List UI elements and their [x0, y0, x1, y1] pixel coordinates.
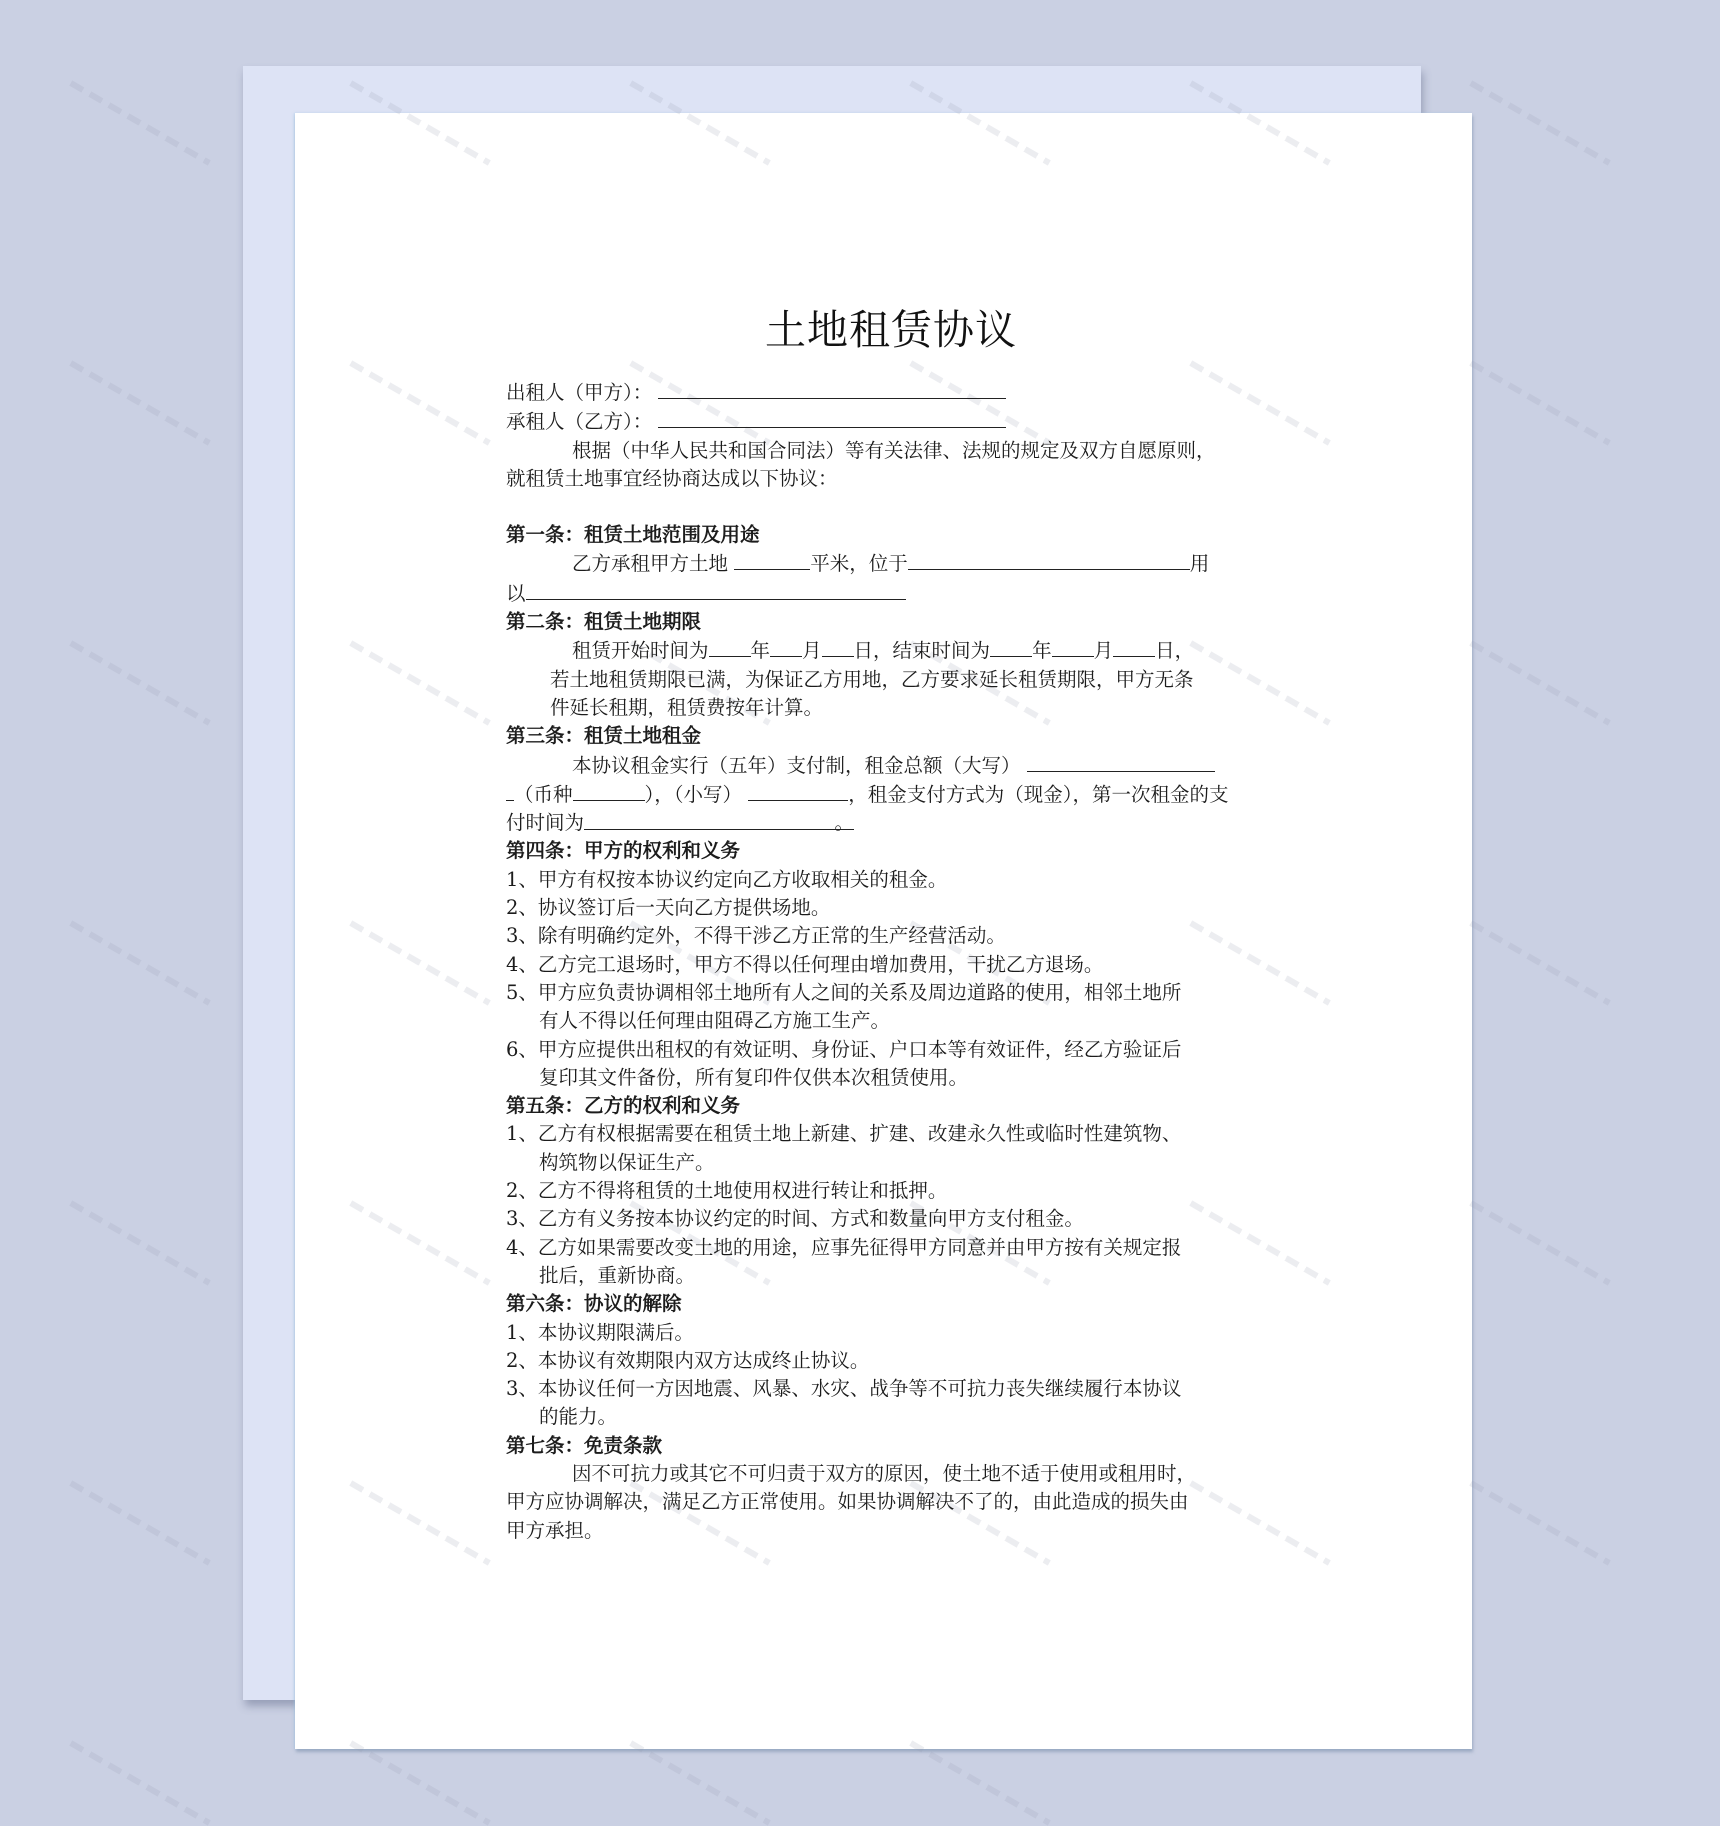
text: 月	[1094, 639, 1114, 662]
watermark	[69, 1480, 211, 1565]
article-7-line-3: 甲方承担。	[506, 1517, 1276, 1545]
text: 年	[751, 639, 771, 662]
article-6-item-3: 3、本协议任何一方因地震、风暴、水灾、战争等不可抗力丧失继续履行本协议	[506, 1375, 1276, 1403]
article-3-line-2: （币种），（小写） ，租金支付方式为（现金），第一次租金的支	[506, 780, 1276, 809]
article-5-item-4-cont: 批后，重新协商。	[506, 1262, 1276, 1290]
text: 年	[1032, 639, 1052, 662]
watermark	[69, 360, 211, 445]
article-5-item-1-cont: 构筑物以保证生产。	[506, 1149, 1276, 1177]
article-5-item-3: 3、乙方有义务按本协议约定的时间、方式和数量向甲方支付租金。	[506, 1205, 1276, 1233]
article-2-line-1: 租赁开始时间为年月日，结束时间为年月日，	[506, 636, 1276, 665]
start-month-blank[interactable]	[770, 636, 802, 657]
article-4-item-2: 2、协议签订后一天向乙方提供场地。	[506, 894, 1276, 922]
article-4-item-3: 3、除有明确约定外，不得干涉乙方正常的生产经营活动。	[506, 922, 1276, 950]
start-year-blank[interactable]	[709, 636, 751, 657]
article-6-item-3-cont: 的能力。	[506, 1403, 1276, 1431]
rent-total-lowercase-blank[interactable]	[748, 780, 848, 801]
text: 日，结束时间为	[854, 639, 991, 662]
article-2-line-2: 若土地租赁期限已满，为保证乙方用地，乙方要求延长租赁期限，甲方无条	[506, 666, 1276, 694]
watermark	[1469, 360, 1611, 445]
article-1-line-1: 乙方承租甲方土地 平米，位于用	[506, 549, 1276, 578]
watermark	[69, 1740, 211, 1825]
article-3-heading: 第三条：租赁土地租金	[506, 722, 1276, 750]
text: 乙方承租甲方土地	[572, 552, 728, 575]
article-3-line-1: 本协议租金实行（五年）支付制，租金总额（大写）	[506, 751, 1276, 780]
lessor-label: 出租人（甲方）：	[506, 381, 652, 404]
article-4-item-1: 1、甲方有权按本协议约定向乙方收取相关的租金。	[506, 866, 1276, 894]
article-7-line-2: 甲方应协调解决，满足乙方正常使用。如果协调解决不了的，由此造成的损失由	[506, 1488, 1276, 1516]
period: 。	[835, 811, 855, 834]
text: 日，	[1155, 639, 1194, 662]
rent-total-uppercase-blank[interactable]	[1027, 751, 1215, 772]
document-title: 土地租赁协议	[506, 300, 1276, 360]
article-5-item-2: 2、乙方不得将租赁的土地使用权进行转让和抵押。	[506, 1177, 1276, 1205]
article-1-heading: 第一条：租赁土地范围及用途	[506, 521, 1276, 549]
lessor-blank[interactable]	[658, 378, 1006, 399]
first-payment-date-blank[interactable]: 。	[584, 809, 854, 830]
end-year-blank[interactable]	[990, 636, 1032, 657]
watermark	[69, 1200, 211, 1285]
watermark	[629, 1740, 771, 1825]
article-4-item-6-cont: 复印其文件备份，所有复印件仅供本次租赁使用。	[506, 1064, 1276, 1092]
text: 以	[506, 582, 526, 605]
preamble-line-1: 根据（中华人民共和国合同法）等有关法律、法规的规定及双方自愿原则，	[506, 437, 1276, 465]
preamble-line-2: 就租赁土地事宜经协商达成以下协议：	[506, 465, 1276, 493]
location-blank[interactable]	[908, 549, 1190, 570]
article-6-heading: 第六条：协议的解除	[506, 1290, 1276, 1318]
article-2-line-3: 件延长租期，租赁费按年计算。	[506, 694, 1276, 722]
article-5-heading: 第五条：乙方的权利和义务	[506, 1092, 1276, 1120]
watermark	[1469, 640, 1611, 725]
watermark	[69, 640, 211, 725]
text: ），（小写）	[645, 783, 743, 806]
lessee-label: 承租人（乙方）：	[506, 410, 652, 433]
end-day-blank[interactable]	[1113, 636, 1155, 657]
text: 月	[802, 639, 822, 662]
currency-blank[interactable]	[573, 780, 645, 801]
article-7-line-1: 因不可抗力或其它不可归责于双方的原因，使土地不适于使用或租用时，	[506, 1460, 1276, 1488]
watermark	[1469, 80, 1611, 165]
text: （币种	[514, 783, 573, 806]
lessor-field: 出租人（甲方）：	[506, 378, 1276, 407]
blank-lead	[506, 780, 514, 801]
watermark	[69, 80, 211, 165]
purpose-blank[interactable]	[526, 579, 906, 600]
text: 本协议租金实行（五年）支付制，租金总额（大写）	[572, 754, 1021, 777]
watermark	[69, 920, 211, 1005]
article-7-heading: 第七条：免责条款	[506, 1432, 1276, 1460]
end-month-blank[interactable]	[1052, 636, 1094, 657]
watermark	[1469, 1480, 1611, 1565]
article-5-item-1: 1、乙方有权根据需要在租赁土地上新建、扩建、改建永久性或临时性建筑物、	[506, 1120, 1276, 1148]
watermark	[349, 1740, 491, 1825]
watermark	[1469, 1200, 1611, 1285]
text: 用	[1190, 552, 1210, 575]
article-2-heading: 第二条：租赁土地期限	[506, 608, 1276, 636]
text: 付时间为	[506, 811, 584, 834]
article-3-line-3: 付时间为。	[506, 809, 1276, 837]
article-4-item-4: 4、乙方完工退场时，甲方不得以任何理由增加费用，干扰乙方退场。	[506, 951, 1276, 979]
article-6-item-1: 1、本协议期限满后。	[506, 1319, 1276, 1347]
watermark	[909, 1740, 1051, 1825]
article-4-item-6: 6、甲方应提供出租权的有效证明、身份证、户口本等有效证件，经乙方验证后	[506, 1036, 1276, 1064]
article-4-item-5-cont: 有人不得以任何理由阻碍乙方施工生产。	[506, 1007, 1276, 1035]
article-5-item-4: 4、乙方如果需要改变土地的用途，应事先征得甲方同意并由甲方按有关规定报	[506, 1234, 1276, 1262]
start-day-blank[interactable]	[822, 636, 854, 657]
text: 租赁开始时间为	[572, 639, 709, 662]
area-blank[interactable]	[734, 549, 810, 570]
lessee-blank[interactable]	[658, 407, 1006, 428]
article-4-item-5: 5、甲方应负责协调相邻土地所有人之间的关系及周边道路的使用，相邻土地所	[506, 979, 1276, 1007]
text: 平米，位于	[810, 552, 908, 575]
article-6-item-2: 2、本协议有效期限内双方达成终止协议。	[506, 1347, 1276, 1375]
watermark	[1469, 920, 1611, 1005]
lessee-field: 承租人（乙方）：	[506, 407, 1276, 436]
agreement-document: 土地租赁协议 出租人（甲方）： 承租人（乙方）： 根据（中华人民共和国合同法）等…	[506, 300, 1276, 1545]
article-4-heading: 第四条：甲方的权利和义务	[506, 837, 1276, 865]
article-1-line-2: 以	[506, 579, 1276, 608]
text: ，租金支付方式为（现金），第一次租金的支	[848, 783, 1228, 806]
